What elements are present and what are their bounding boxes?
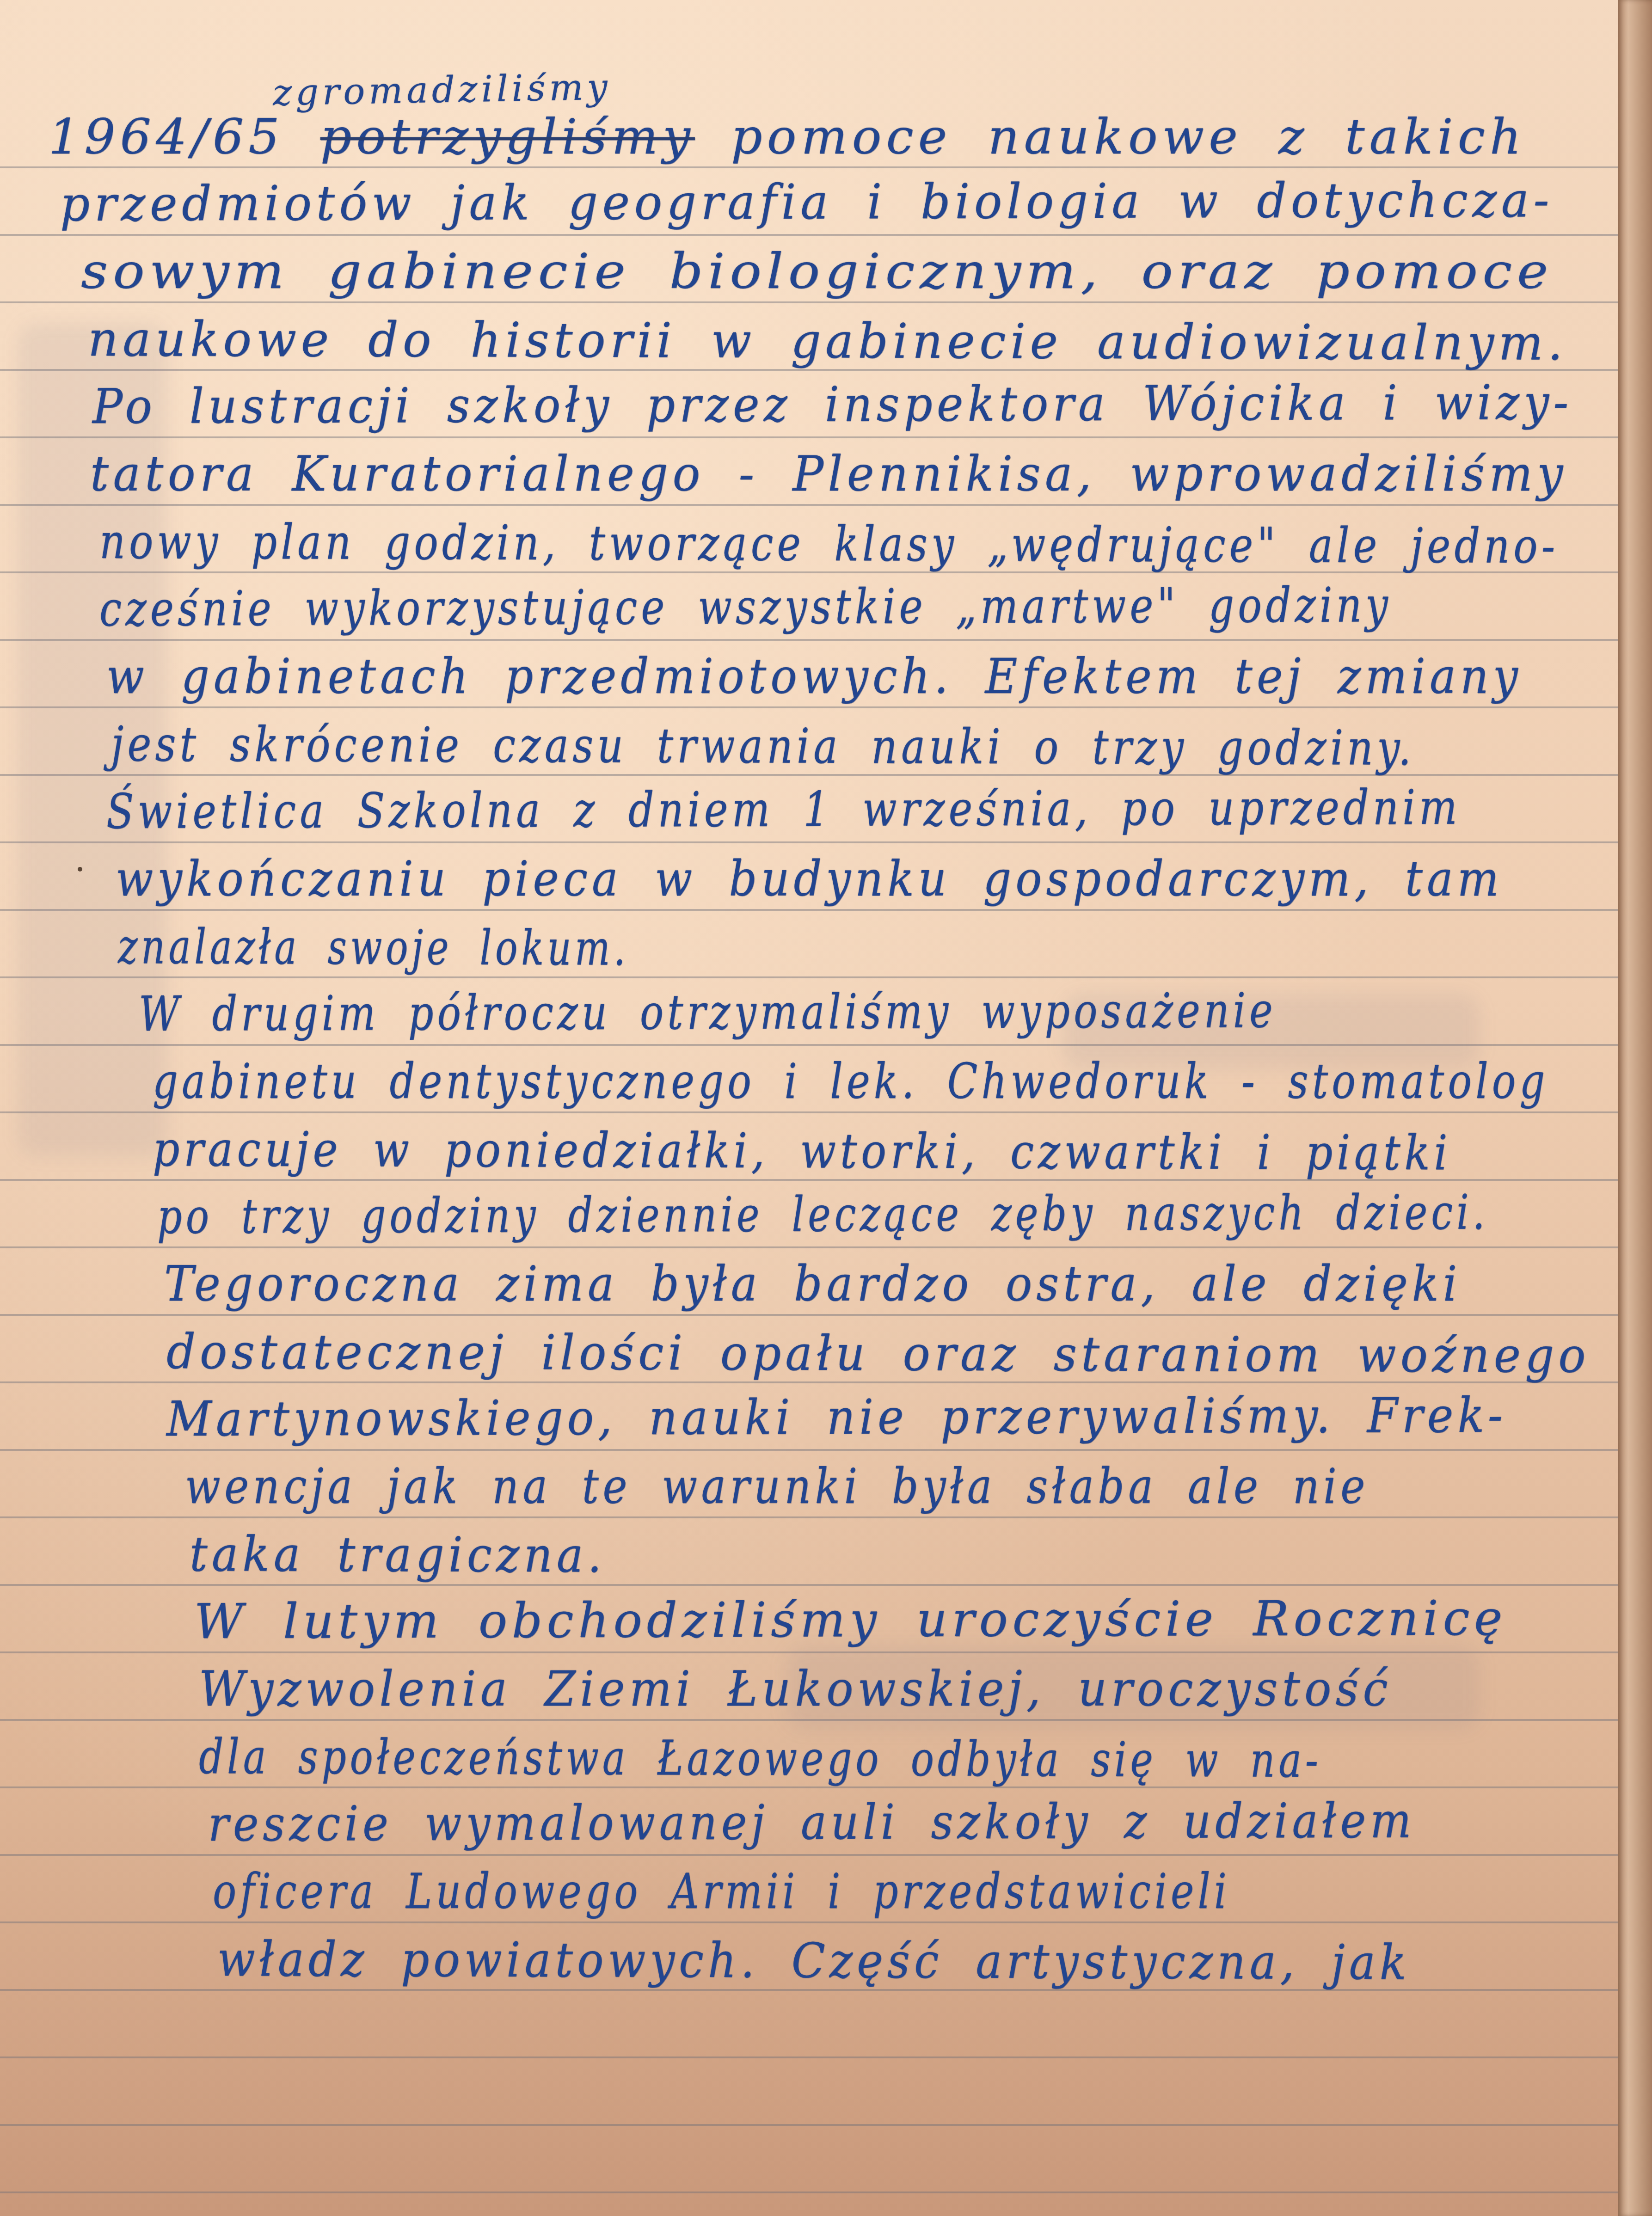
struck-word: potrzygliśmy	[320, 109, 695, 165]
handwritten-line: Tegoroczna zima była bardzo ostra, ale d…	[164, 1256, 1461, 1312]
handwritten-line: po trzy godziny dziennie leczące zęby na…	[157, 1184, 1489, 1245]
handwritten-line: jest skrócenie czasu trwania nauki o trz…	[111, 716, 1415, 776]
handwritten-line: Po lustracji szkoły przez inspektora Wój…	[92, 374, 1573, 435]
line-1-rest: pomoce naukowe z takich	[731, 109, 1526, 165]
handwritten-line: przedmiotów jak geografia i biologia w d…	[60, 172, 1554, 232]
handwritten-line: władz powiatowych. Część artystyczna, ja…	[217, 1931, 1411, 1990]
handwritten-line: Wyzwolenia Ziemi Łukowskiej, uroczystość	[199, 1661, 1392, 1717]
handwritten-line: znalazła swoje lokum.	[118, 918, 629, 976]
handwritten-line: Świetlica Szkolna z dniem 1 września, po…	[106, 779, 1461, 840]
year-label: 1964/65	[49, 109, 284, 165]
ink-dot	[78, 867, 82, 872]
handwritten-line: W lutym obchodziliśmy uroczyście Rocznic…	[194, 1590, 1507, 1650]
handwritten-line: W drugim półroczu otrzymaliśmy wyposażen…	[139, 982, 1277, 1042]
handwritten-line: reszcie wymalowanej auli szkoły z udział…	[208, 1792, 1415, 1852]
handwritten-line: dostatecznej ilości opału oraz staraniom…	[166, 1323, 1590, 1384]
handwritten-line: pracuje w poniedziałki, wtorki, czwartki…	[153, 1121, 1451, 1181]
handwritten-line: wencja jak na te warunki była słaba ale …	[185, 1458, 1369, 1515]
handwritten-line: gabinetu dentystycznego i lek. Chwedoruk…	[153, 1053, 1549, 1110]
handwritten-line: taka tragiczna.	[190, 1526, 606, 1584]
handwritten-line: w gabinetach przedmiotowych. Efektem tej…	[106, 648, 1522, 705]
handwritten-line: cześnie wykorzystujące wszystkie „martwe…	[99, 577, 1392, 637]
handwritten-line: Martynowskiego, nauki nie przerywaliśmy.…	[166, 1387, 1507, 1447]
line-1: 1964/65 potrzygliśmy pomoce naukowe z ta…	[49, 109, 1526, 165]
handwritten-line: dla społeczeństwa Łazowego odbyła się w …	[199, 1728, 1322, 1788]
page-edge	[1618, 0, 1652, 2216]
handwritten-line: nowy plan godzin, tworzące klasy „wędruj…	[99, 513, 1559, 574]
handwritten-text: zgromadziliśmy 1964/65 potrzygliśmy pomo…	[0, 0, 1618, 2216]
insertion-above-line: zgromadziliśmy	[272, 67, 611, 114]
handwritten-line: oficera Ludowego Armii i przedstawicieli	[213, 1863, 1230, 1920]
handwritten-line: naukowe do historii w gabinecie audiowiz…	[88, 311, 1567, 371]
handwritten-line: wykończaniu pieca w budynku gospodarczym…	[116, 851, 1503, 907]
handwritten-line: tatora Kuratorialnego - Plennikisa, wpro…	[90, 446, 1567, 502]
handwritten-line: sowym gabinecie biologicznym, oraz pomoc…	[81, 243, 1553, 300]
